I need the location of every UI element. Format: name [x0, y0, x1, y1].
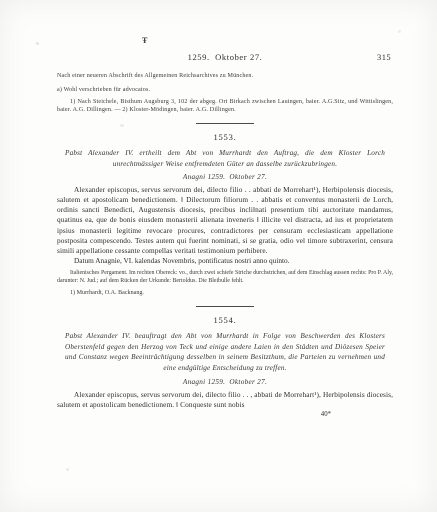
entry-1553-dateline: Anagni 1259. Oktober 27. — [57, 173, 393, 181]
entry-1553-footnote: 1) Murrhardt, O.A. Backnang. — [57, 289, 393, 297]
running-head-date: 1259. Oktober 27. — [188, 52, 263, 62]
page-number: 315 — [377, 52, 391, 62]
footnote-1: 1) Nach Steichele, Bisthum Augsburg 3, 1… — [57, 98, 393, 114]
scan-speck — [36, 42, 39, 45]
scan-speck — [66, 468, 69, 471]
sheet-signature-mark: 40* — [57, 411, 393, 418]
section-divider — [196, 123, 254, 124]
footnote-a: a) Wohl verschrieben für advocatos. — [57, 86, 393, 94]
running-head: 1259. Oktober 27. 315 — [57, 52, 393, 62]
section-divider — [196, 306, 254, 307]
entry-1553-text: Alexander episcopus, servus servorum dei… — [57, 185, 393, 256]
entry-1554-dateline: Anagni 1259. Oktober 27. — [57, 378, 393, 386]
entry-1553-datum: Datum Anagnie, VI. kalendas Novembris, p… — [57, 256, 393, 266]
scanned-book-page: Ŧ 1259. Oktober 27. 315 Nach einer neuer… — [0, 0, 437, 512]
entry-1554-regest: Pabst Alexander IV. beauftragt den Abt v… — [57, 331, 393, 373]
entry-1553-apparatus: Italienisches Pergament. Im rechten Ober… — [57, 270, 393, 285]
entry-1554-number: 1554. — [57, 315, 393, 325]
source-note: Nach einer neueren Abschrift des Allgeme… — [57, 72, 393, 80]
entry-1553-regest: Pabst Alexander IV. ertheilt dem Abt von… — [57, 148, 393, 169]
text-column: 1259. Oktober 27. 315 Nach einer neueren… — [57, 0, 393, 418]
entry-1553-number: 1553. — [57, 132, 393, 142]
scan-speck — [398, 30, 401, 33]
entry-1554-text: Alexander episcopus, servus servorum dei… — [57, 390, 393, 410]
